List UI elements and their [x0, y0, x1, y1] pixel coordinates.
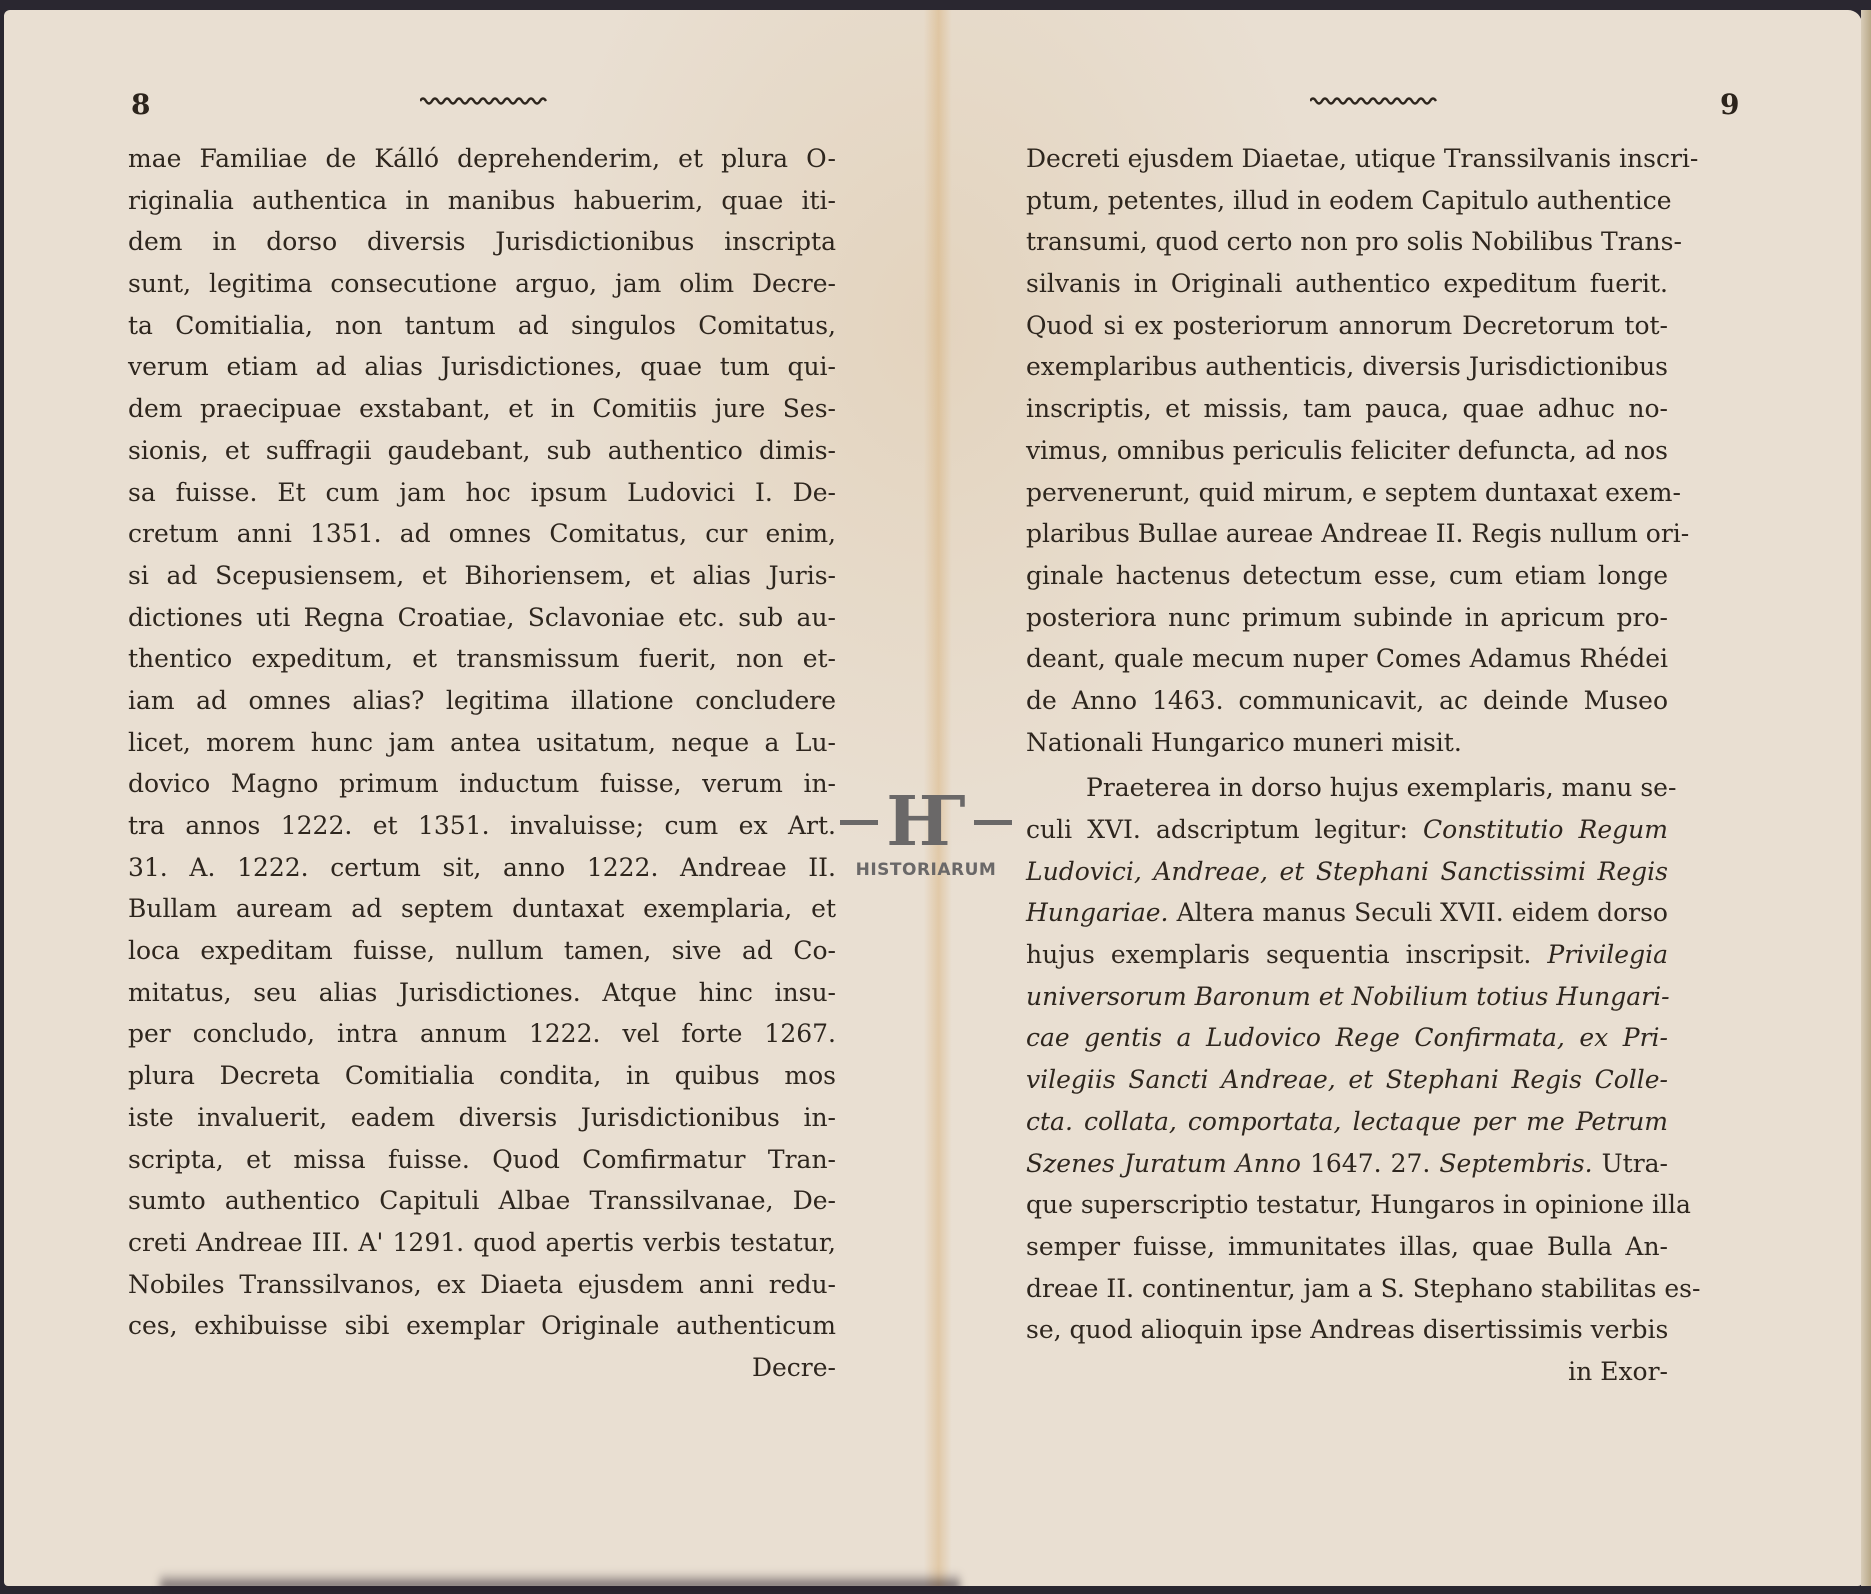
- dash-icon: [840, 820, 878, 825]
- text-line: riginalia authentica in manibus habuerim…: [128, 180, 836, 222]
- text-span: semper fuisse, immunitates illas, quae B…: [1026, 1232, 1668, 1261]
- text-line: Ludovici, Andreae, et Stephani Sanctissi…: [1026, 851, 1668, 893]
- text-line: dreae II. continentur, jam a S. Stephano…: [1026, 1268, 1668, 1310]
- text-line: inscriptis, et missis, tam pauca, quae a…: [1026, 388, 1668, 430]
- text-line: pervenerunt, quid mirum, e septem duntax…: [1026, 472, 1668, 514]
- text-span: Altera manus Seculi XVII. eidem dorso: [1169, 898, 1668, 927]
- text-line: Nationali Hungarico muneri misit.: [1026, 722, 1668, 764]
- text-line: thentico expeditum, et transmissum fueri…: [128, 638, 836, 680]
- italic-text: Constitutio Regum: [1423, 815, 1668, 844]
- text-line: que superscriptio testatur, Hungaros in …: [1026, 1184, 1668, 1226]
- text-line: universorum Baronum et Nobilium totius H…: [1026, 976, 1668, 1018]
- italic-text: vilegiis Sancti Andreae, et Stephani Reg…: [1026, 1065, 1668, 1094]
- text-line: si ad Scepusiensem, et Bihoriensem, et a…: [128, 555, 836, 597]
- text-span: culi XVI. adscriptum legitur:: [1026, 815, 1423, 844]
- text-line: sumto authentico Capituli Albae Transsil…: [128, 1180, 836, 1222]
- text-line: tra annos 1222. et 1351. invaluisse; cum…: [128, 805, 836, 847]
- bottom-shadow: [160, 1572, 960, 1590]
- text-line: licet, morem hunc jam antea usitatum, ne…: [128, 722, 836, 764]
- catchword: in Exor-: [1026, 1351, 1668, 1393]
- page-number: 9: [1720, 88, 1739, 121]
- text-line: ptum, petentes, illud in eodem Capitulo …: [1026, 180, 1668, 222]
- text-line: cretum anni 1351. ad omnes Comitatus, cu…: [128, 513, 836, 555]
- text-line: ces, exhibuisse sibi exemplar Originale …: [128, 1305, 836, 1347]
- text-line: silvanis in Originali authentico expedit…: [1026, 263, 1668, 305]
- text-line: dovico Magno primum inductum fuisse, ver…: [128, 763, 836, 805]
- text-line: creti Andreae III. A' 1291. quod apertis…: [128, 1222, 836, 1264]
- text-line: mitatus, seu alias Jurisdictiones. Atque…: [128, 972, 836, 1014]
- italic-text: universorum Baronum et Nobilium totius H…: [1026, 982, 1670, 1011]
- italic-text: cta. collata, comportata, lectaque per m…: [1026, 1107, 1668, 1136]
- text-line: per concludo, intra annum 1222. vel fort…: [128, 1013, 836, 1055]
- text-span: 1647. 27.: [1301, 1149, 1439, 1178]
- text-line: plura Decreta Comitialia condita, in qui…: [128, 1055, 836, 1097]
- text-line: cae gentis a Ludovico Rege Confirmata, e…: [1026, 1017, 1668, 1059]
- text-line: verum etiam ad alias Jurisdictiones, qua…: [128, 346, 836, 388]
- wavy-rule-ornament-icon: [1310, 96, 1440, 106]
- wavy-rule-ornament-icon: [420, 96, 550, 106]
- text-line: ta Comitialia, non tantum ad singulos Co…: [128, 305, 836, 347]
- text-line: vimus, omnibus periculis feliciter defun…: [1026, 430, 1668, 472]
- catchword: Decre-: [128, 1347, 836, 1389]
- text-span: hujus exemplaris sequentia inscripsit.: [1026, 940, 1547, 969]
- text-line: hujus exemplaris sequentia inscripsit. P…: [1026, 934, 1668, 976]
- text-line: Hungariae. Altera manus Seculi XVII. eid…: [1026, 892, 1668, 934]
- text-line: se, quod alioquin ipse Andreas disertiss…: [1026, 1309, 1668, 1351]
- text-line: semper fuisse, immunitates illas, quae B…: [1026, 1226, 1668, 1268]
- text-line: mae Familiae de Kálló deprehenderim, et …: [128, 138, 836, 180]
- text-span: Utra-: [1593, 1149, 1668, 1178]
- text-span: dreae II. continentur, jam a S. Stephano…: [1026, 1274, 1700, 1303]
- text-line: Bullam auream ad septem duntaxat exempla…: [128, 888, 836, 930]
- text-line: deant, quale mecum nuper Comes Adamus Rh…: [1026, 638, 1668, 680]
- right-page-text: Decreti ejusdem Diaetae, utique Transsil…: [1026, 138, 1668, 1393]
- text-line: Decreti ejusdem Diaetae, utique Transsil…: [1026, 138, 1668, 180]
- dash-icon: [974, 820, 1012, 825]
- h-monogram-icon: Ҥ: [886, 784, 965, 860]
- text-line: sionis, et suffragii gaudebant, sub auth…: [128, 430, 836, 472]
- text-line: iam ad omnes alias? legitima illatione c…: [128, 680, 836, 722]
- text-line: Praeterea in dorso hujus exemplaris, man…: [1026, 767, 1668, 809]
- italic-text: Privilegia: [1547, 940, 1668, 969]
- text-span: que superscriptio testatur, Hungaros in …: [1026, 1190, 1691, 1219]
- text-line: ginale hactenus detectum esse, cum etiam…: [1026, 555, 1668, 597]
- text-line: vilegiis Sancti Andreae, et Stephani Reg…: [1026, 1059, 1668, 1101]
- text-line: posteriora nunc primum subinde in apricu…: [1026, 597, 1668, 639]
- italic-text: cae gentis a Ludovico Rege Confirmata, e…: [1026, 1023, 1668, 1052]
- italic-text: Szenes Juratum Anno: [1026, 1149, 1301, 1178]
- text-line: dem praecipuae exstabant, et in Comitiis…: [128, 388, 836, 430]
- left-page-text: mae Familiae de Kálló deprehenderim, et …: [128, 138, 836, 1389]
- text-line: 31. A. 1222. certum sit, anno 1222. Andr…: [128, 847, 836, 889]
- text-line: de Anno 1463. communicavit, ac deinde Mu…: [1026, 680, 1668, 722]
- historiarum-watermark: Ҥ HISTORIARUM: [836, 784, 1016, 894]
- italic-text: Ludovici, Andreae, et Stephani Sanctissi…: [1026, 857, 1668, 886]
- text-line: culi XVI. adscriptum legitur: Constituti…: [1026, 809, 1668, 851]
- text-line: Nobiles Transsilvanos, ex Diaeta ejusdem…: [128, 1264, 836, 1306]
- page-edge: [1861, 10, 1871, 1586]
- page-number: 8: [131, 88, 150, 121]
- text-line: transumi, quod certo non pro solis Nobil…: [1026, 221, 1668, 263]
- text-line: scripta, et missa fuisse. Quod Comfirmat…: [128, 1139, 836, 1181]
- text-line: Quod si ex posteriorum annorum Decretoru…: [1026, 305, 1668, 347]
- text-line: dem in dorso diversis Jurisdictionibus i…: [128, 221, 836, 263]
- text-line: iste invaluerit, eadem diversis Jurisdic…: [128, 1097, 836, 1139]
- text-line: sa fuisse. Et cum jam hoc ipsum Ludovici…: [128, 472, 836, 514]
- italic-text: Hungariae.: [1026, 898, 1169, 927]
- text-line: dictiones uti Regna Croatiae, Sclavoniae…: [128, 597, 836, 639]
- text-line: plaribus Bullae aureae Andreae II. Regis…: [1026, 513, 1668, 555]
- text-line: sunt, legitima consecutione arguo, jam o…: [128, 263, 836, 305]
- text-span: Praeterea in dorso hujus exemplaris, man…: [1086, 773, 1676, 802]
- text-line: loca expeditam fuisse, nullum tamen, siv…: [128, 930, 836, 972]
- text-line: exemplaribus authenticis, diversis Juris…: [1026, 346, 1668, 388]
- text-span: se, quod alioquin ipse Andreas disertiss…: [1026, 1315, 1668, 1344]
- text-line: Szenes Juratum Anno 1647. 27. Septembris…: [1026, 1143, 1668, 1185]
- text-line: cta. collata, comportata, lectaque per m…: [1026, 1101, 1668, 1143]
- italic-text: Septembris.: [1439, 1149, 1592, 1178]
- watermark-logo: Ҥ: [836, 784, 1016, 860]
- watermark-label: HISTORIARUM: [836, 860, 1016, 880]
